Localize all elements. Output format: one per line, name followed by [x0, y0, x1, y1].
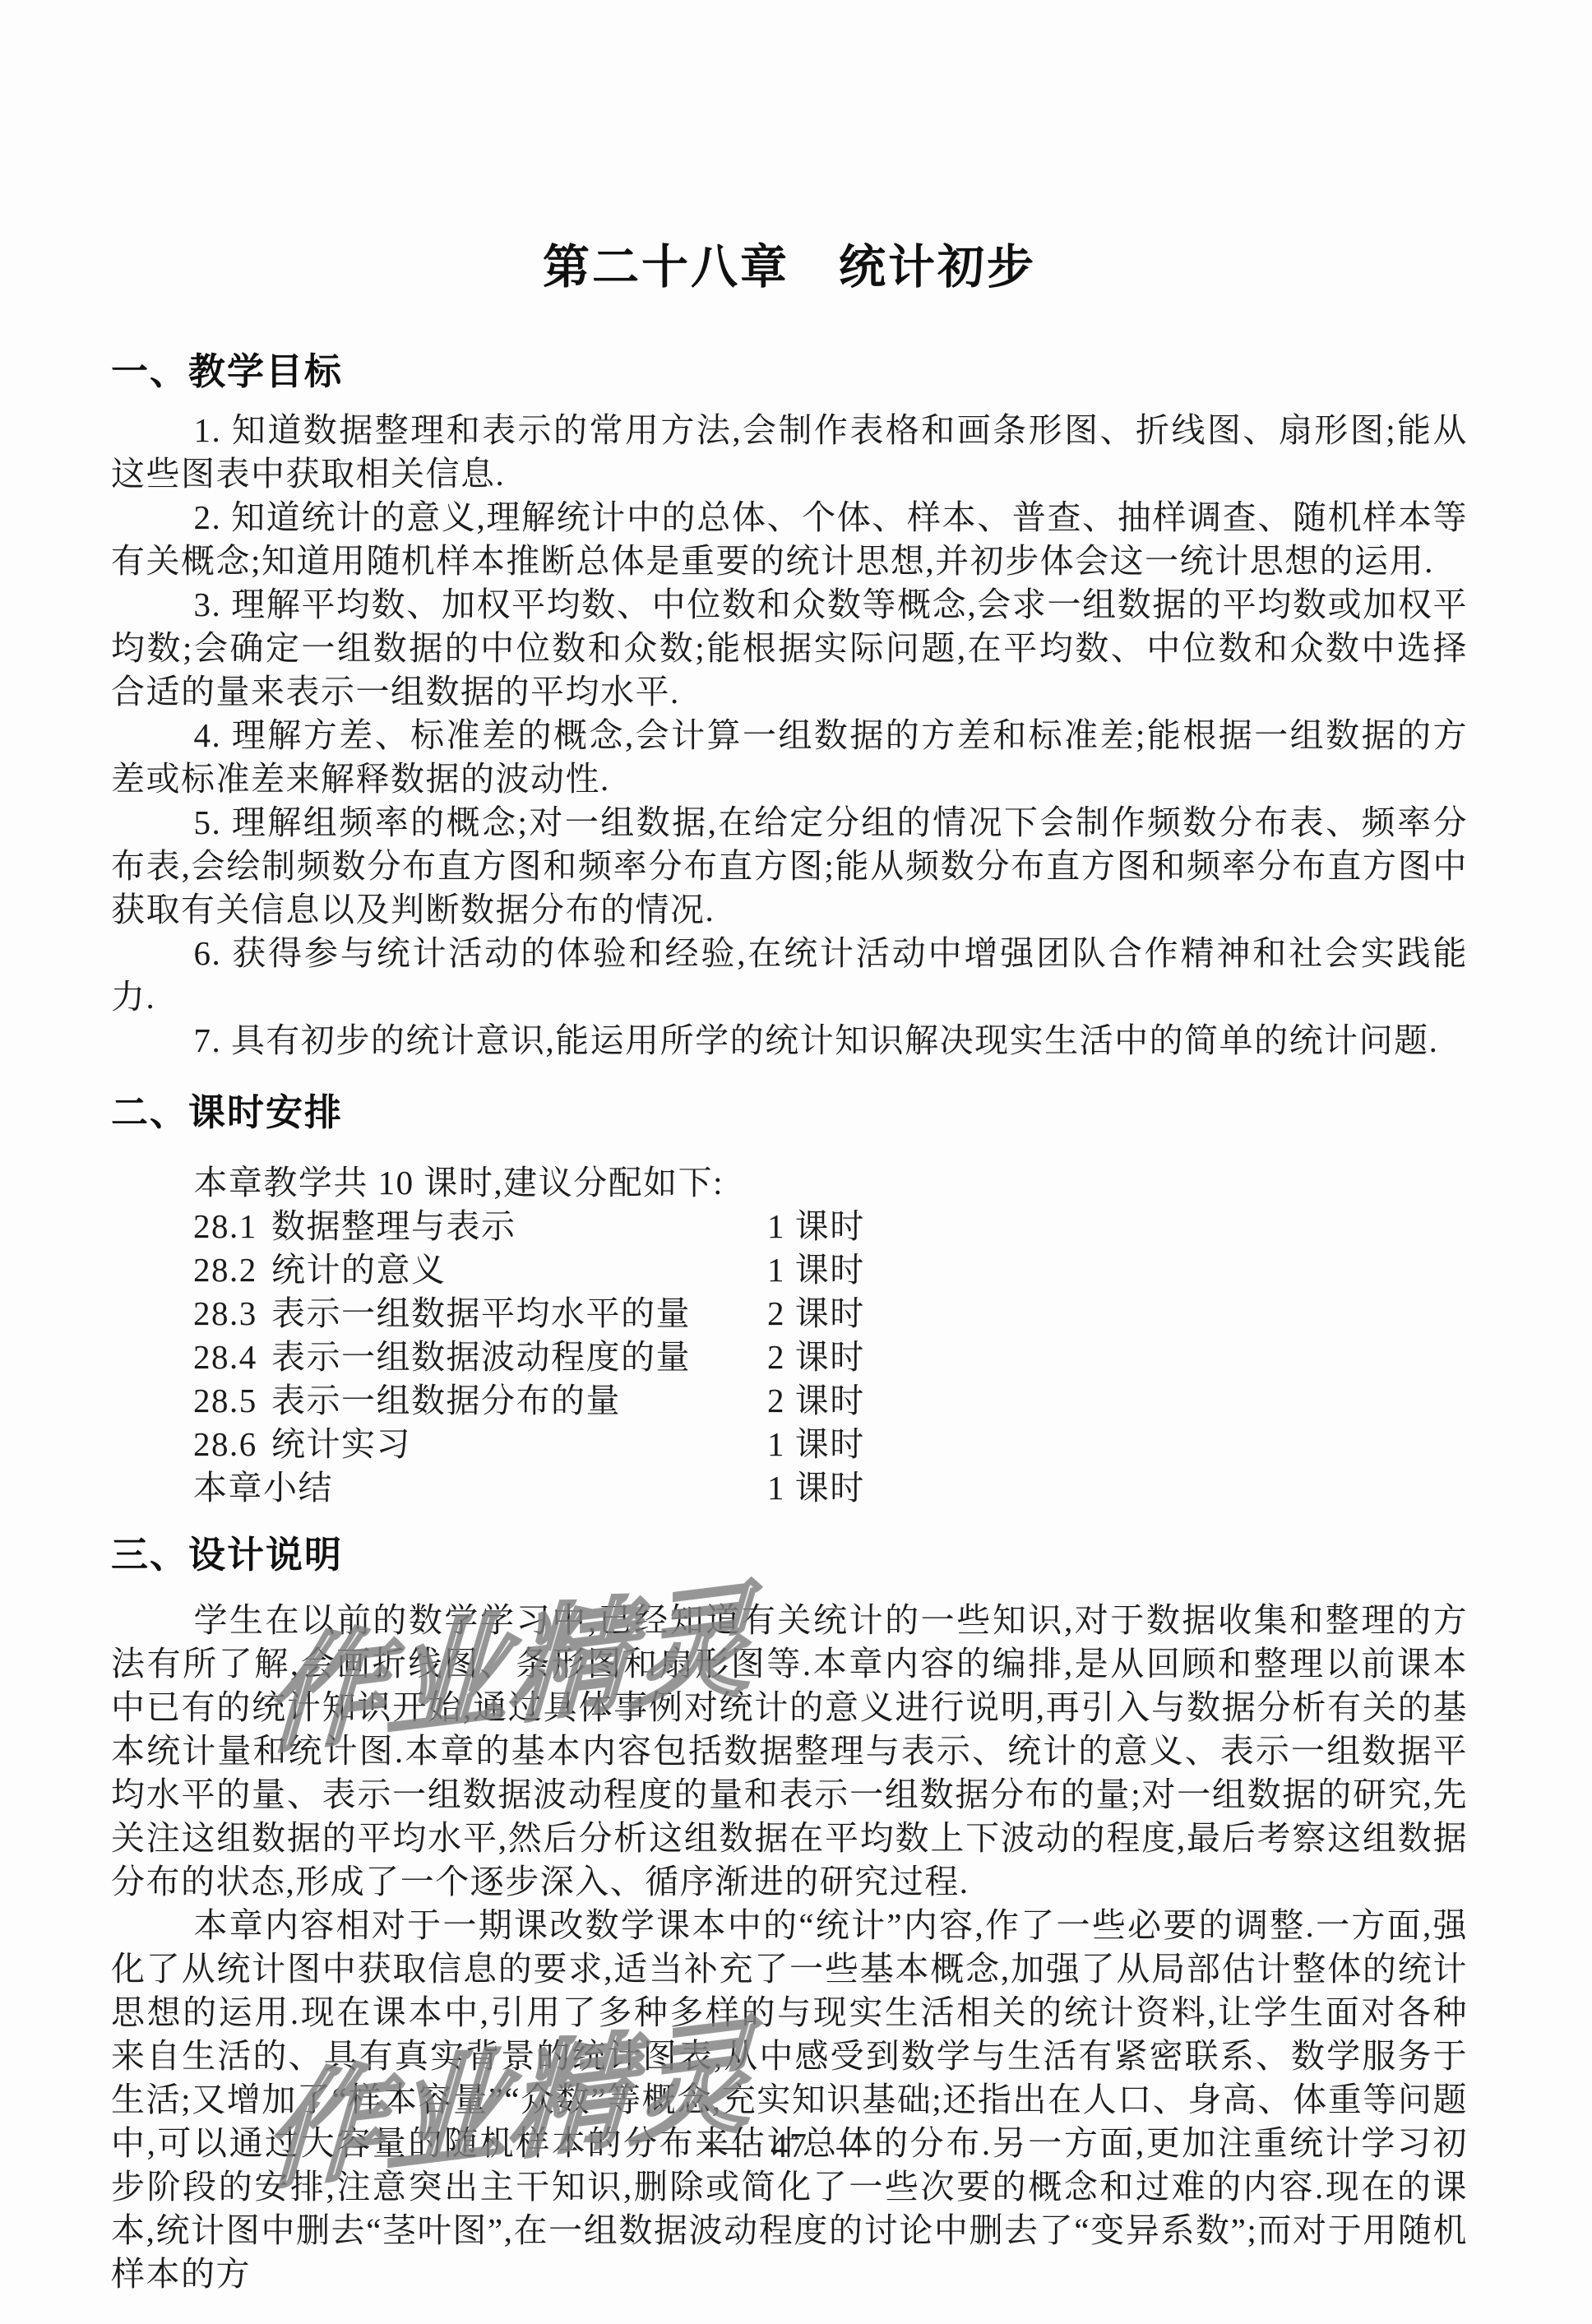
schedule-item-number: 28.5 [193, 1379, 271, 1423]
schedule-item-title: 表示一组数据波动程度的量 [271, 1338, 691, 1376]
objective-item: 6. 获得参与统计活动的体验和经验,在统计活动中增强团队合作精神和社会实践能力. [111, 932, 1468, 1019]
objective-item: 4. 理解方差、标准差的概念,会计算一组数据的方差和标准差;能根据一组数据的方差… [111, 714, 1468, 801]
schedule-item-hours: 1 课时 [767, 1466, 865, 1510]
objective-item: 1. 知道数据整理和表示的常用方法,会制作表格和画条形图、折线图、扇形图;能从这… [111, 409, 1468, 496]
schedule-row: 28.3表示一组数据平均水平的量 2 课时 [111, 1292, 1468, 1336]
page-content: 第二十八章 统计初步 一、教学目标 1. 知道数据整理和表示的常用方法,会制作表… [111, 0, 1468, 2296]
section-heading-objectives: 一、教学目标 [111, 351, 1468, 392]
design-notes: 学生在以前的数学学习中,已经知道有关统计的一些知识,对于数据收集和整理的方法有所… [111, 1599, 1468, 2296]
schedule-row: 28.2统计的意义 1 课时 [111, 1248, 1468, 1292]
schedule-item-hours: 1 课时 [767, 1205, 865, 1248]
schedule-item-title: 统计的意义 [271, 1251, 447, 1289]
schedule-item-title: 表示一组数据分布的量 [271, 1382, 621, 1419]
schedule-item-number: 28.2 [193, 1248, 271, 1292]
schedule-item-title: 表示一组数据平均水平的量 [271, 1294, 691, 1332]
schedule-item-number: 28.3 [193, 1292, 271, 1336]
schedule-item-title: 统计实习 [271, 1425, 411, 1463]
schedule-row: 28.5表示一组数据分布的量 2 课时 [111, 1379, 1468, 1423]
schedule-row: 28.1数据整理与表示 1 课时 [111, 1205, 1468, 1248]
design-paragraph: 学生在以前的数学学习中,已经知道有关统计的一些知识,对于数据收集和整理的方法有所… [111, 1599, 1468, 1904]
document-page: 第二十八章 统计初步 一、教学目标 1. 知道数据整理和表示的常用方法,会制作表… [0, 0, 1592, 2324]
schedule-item-number: 28.1 [193, 1205, 271, 1248]
objectives-list: 1. 知道数据整理和表示的常用方法,会制作表格和画条形图、折线图、扇形图;能从这… [111, 409, 1468, 1062]
schedule-item-number: 28.4 [193, 1336, 271, 1379]
schedule-item-title: 本章小结 [193, 1469, 333, 1507]
schedule-item-hours: 2 课时 [767, 1336, 865, 1379]
objective-item: 7. 具有初步的统计意识,能运用所学的统计知识解决现实生活中的简单的统计问题. [111, 1019, 1468, 1062]
schedule-item-title: 数据整理与表示 [271, 1207, 516, 1245]
schedule-row: 本章小结 1 课时 [111, 1466, 1468, 1510]
design-paragraph: 本章内容相对于一期课改数学课本中的“统计”内容,作了一些必要的调整.一方面,强化… [111, 1904, 1468, 2296]
schedule-row: 28.4表示一组数据波动程度的量 2 课时 [111, 1336, 1468, 1379]
objective-item: 2. 知道统计的意义,理解统计中的总体、个体、样本、普查、抽样调查、随机样本等有… [111, 496, 1468, 583]
objective-item: 3. 理解平均数、加权平均数、中位数和众数等概念,会求一组数据的平均数或加权平均… [111, 583, 1468, 714]
schedule-item-hours: 1 课时 [767, 1423, 865, 1466]
section-heading-design: 三、设计说明 [111, 1535, 1468, 1576]
schedule-item-hours: 2 课时 [767, 1292, 865, 1336]
schedule-item-hours: 1 课时 [767, 1248, 865, 1292]
schedule-intro: 本章教学共 10 课时,建议分配如下: [111, 1161, 1468, 1205]
schedule-block: 本章教学共 10 课时,建议分配如下: 28.1数据整理与表示 1 课时 28.… [111, 1161, 1468, 1510]
chapter-title: 第二十八章 统计初步 [111, 243, 1468, 292]
schedule-item-number: 28.6 [193, 1423, 271, 1466]
objective-item: 5. 理解组频率的概念;对一组数据,在给定分组的情况下会制作频数分布表、频率分布… [111, 801, 1468, 932]
schedule-row: 28.6统计实习 1 课时 [111, 1423, 1468, 1466]
schedule-item-hours: 2 课时 [767, 1379, 865, 1423]
section-heading-schedule: 二、课时安排 [111, 1092, 1468, 1133]
page-number: — 47 — [111, 2127, 1468, 2166]
